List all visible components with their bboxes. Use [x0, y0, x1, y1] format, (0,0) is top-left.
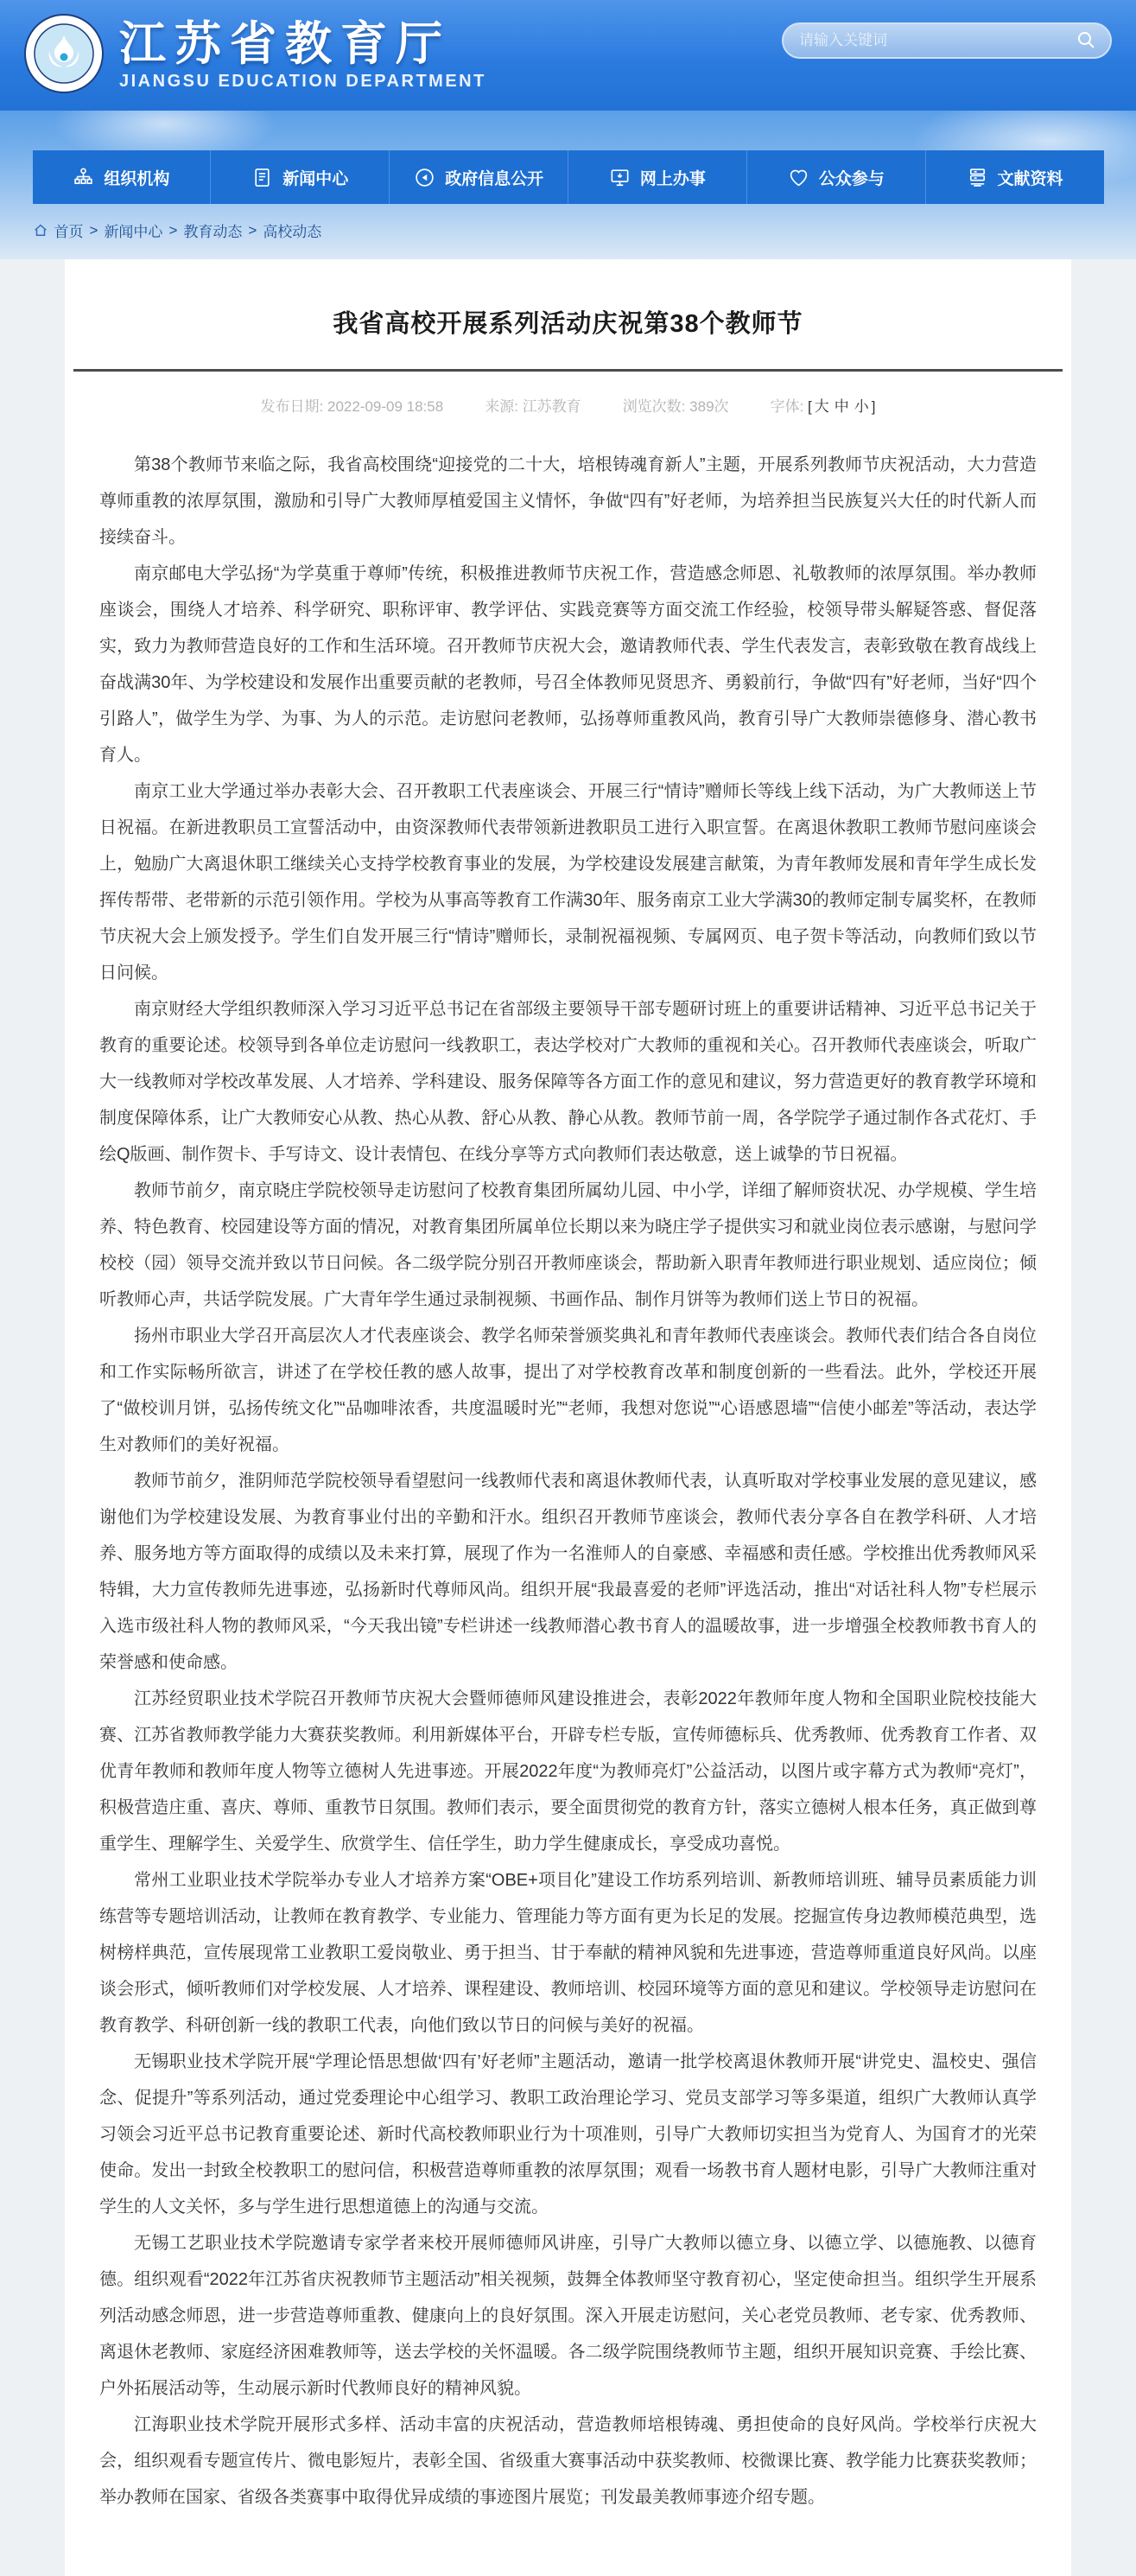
article-paragraph: 无锡工艺职业技术学院邀请专家学者来校开展师德师风讲座，引导广大教师以德立身、以德…: [99, 2225, 1037, 2407]
orgchart-icon: [73, 167, 94, 188]
nav-item-gov-info[interactable]: 政府信息公开: [390, 150, 568, 204]
views-value: 389次: [689, 398, 728, 415]
article-paragraph: 教师节前夕，淮阴师范学院校领导看望慰问一线教师代表和离退休教师代表，认真听取对学…: [99, 1463, 1037, 1681]
font-size-small-button[interactable]: 小: [852, 398, 872, 415]
article-paragraph: 南京财经大学组织教师深入学习习近平总书记在省部级主要领导干部专题研讨班上的重要讲…: [99, 991, 1037, 1173]
article-source: 来源: 江苏教育: [485, 394, 581, 416]
nav-item-organization[interactable]: 组织机构: [33, 150, 212, 204]
info-disclosure-icon: [414, 167, 435, 188]
magnifier-icon: [1076, 29, 1096, 53]
site-title-block: 江苏省教育厅 JIANGSU EDUCATION DEPARTMENT: [119, 19, 486, 92]
breadcrumb-news-center[interactable]: 新闻中心: [104, 219, 162, 241]
article-paragraph: 江海职业技术学院开展形式多样、活动丰富的庆祝活动，营造教师培根铸魂、勇担使命的良…: [99, 2407, 1037, 2516]
font-size-label: 字体:: [771, 398, 804, 415]
breadcrumb: 首页 > 新闻中心 > 教育动态 > 高校动态: [33, 219, 1104, 241]
article-paragraph: 江苏经贸职业技术学院召开教师节庆祝大会暨师德师风建设推进会，表彰2022年教师年…: [99, 1681, 1037, 1862]
nav-item-label: 网上办事: [640, 166, 706, 189]
breadcrumb-separator: >: [248, 222, 257, 239]
sky-banner: 组织机构 新闻中心 政府信息公开: [0, 111, 1136, 259]
publish-date-label: 发布日期:: [261, 398, 324, 415]
article-paragraph: 第38个教师节来临之际，我省高校围绕“迎接党的二十大，培根铸魂育新人”主题，开展…: [99, 447, 1037, 556]
nav-item-label: 文献资料: [998, 166, 1063, 189]
online-services-monitor-icon: [609, 167, 631, 188]
nav-item-label: 政府信息公开: [445, 166, 543, 189]
site-header: 江苏省教育厅 JIANGSU EDUCATION DEPARTMENT: [0, 0, 1136, 111]
search-button[interactable]: [1076, 29, 1096, 53]
search-box[interactable]: [782, 22, 1112, 59]
views-label: 浏览次数:: [623, 398, 686, 415]
main-nav: 组织机构 新闻中心 政府信息公开: [33, 150, 1104, 204]
breadcrumb-separator: >: [168, 222, 177, 239]
source-value: 江苏教育: [523, 398, 581, 415]
article-card: 我省高校开展系列活动庆祝第38个教师节 发布日期: 2022-09-09 18:…: [65, 259, 1071, 2576]
breadcrumb-home[interactable]: 首页: [54, 219, 84, 241]
news-doc-icon: [251, 167, 273, 188]
nav-item-public-participation[interactable]: 公众参与: [747, 150, 926, 204]
site-subtitle: JIANGSU EDUCATION DEPARTMENT: [119, 72, 486, 92]
site-title: 江苏省教育厅: [119, 19, 486, 70]
page-body: 我省高校开展系列活动庆祝第38个教师节 发布日期: 2022-09-09 18:…: [0, 259, 1136, 2576]
breadcrumb-separator: >: [90, 222, 98, 239]
jiangsu-education-emblem-icon: [22, 84, 105, 99]
title-divider: [73, 369, 1063, 372]
publish-date: 发布日期: 2022-09-09 18:58: [261, 394, 444, 416]
breadcrumb-education-news[interactable]: 教育动态: [183, 219, 242, 241]
article-paragraph: 南京邮电大学弘扬“为学莫重于尊师”传统，积极推进教师节庆祝工作，营造感念师恩、礼…: [99, 556, 1037, 773]
search-input[interactable]: [797, 31, 1076, 50]
article-body: 第38个教师节来临之际，我省高校围绕“迎接党的二十大，培根铸魂育新人”主题，开展…: [99, 447, 1037, 2516]
nav-item-online-services[interactable]: 网上办事: [568, 150, 747, 204]
font-size-medium-button[interactable]: 中: [832, 398, 852, 415]
nav-item-label: 组织机构: [104, 166, 169, 189]
article-paragraph: 无锡职业技术学院开展“学理论悟思想做‘四有’好老师”主题活动，邀请一批学校离退休…: [99, 2044, 1037, 2225]
nav-item-news-center[interactable]: 新闻中心: [211, 150, 390, 204]
home-icon: [33, 223, 48, 239]
source-label: 来源:: [485, 398, 518, 415]
view-count: 浏览次数: 389次: [623, 394, 729, 416]
breadcrumb-university-news[interactable]: 高校动态: [263, 219, 321, 241]
article-paragraph: 扬州市职业大学召开高层次人才代表座谈会、教学名师荣誉颁奖典礼和青年教师代表座谈会…: [99, 1318, 1037, 1463]
nav-item-documents[interactable]: 文献资料: [926, 150, 1104, 204]
article-title: 我省高校开展系列活动庆祝第38个教师节: [99, 304, 1037, 340]
nav-item-label: 公众参与: [819, 166, 885, 189]
site-logo[interactable]: [22, 12, 105, 99]
nav-item-label: 新闻中心: [282, 166, 348, 189]
font-size-bracket: ]: [872, 398, 876, 415]
archive-icon: [967, 167, 988, 188]
heart-icon: [788, 167, 809, 188]
article-paragraph: 教师节前夕，南京晓庄学院校领导走访慰问了校教育集团所属幼儿园、中小学，详细了解师…: [99, 1173, 1037, 1318]
publish-date-value: 2022-09-09 18:58: [327, 398, 443, 415]
font-size-large-button[interactable]: 大: [812, 398, 832, 415]
article-paragraph: 常州工业职业技术学院举办专业人才培养方案“OBE+项目化”建设工作坊系列培训、新…: [99, 1862, 1037, 2044]
article-paragraph: 南京工业大学通过举办表彰大会、召开教职工代表座谈会、开展三行“情诗”赠师长等线上…: [99, 773, 1037, 991]
font-size-widget: 字体: [大中小]: [771, 394, 876, 416]
article-meta: 发布日期: 2022-09-09 18:58 来源: 江苏教育 浏览次数: 38…: [99, 394, 1037, 416]
